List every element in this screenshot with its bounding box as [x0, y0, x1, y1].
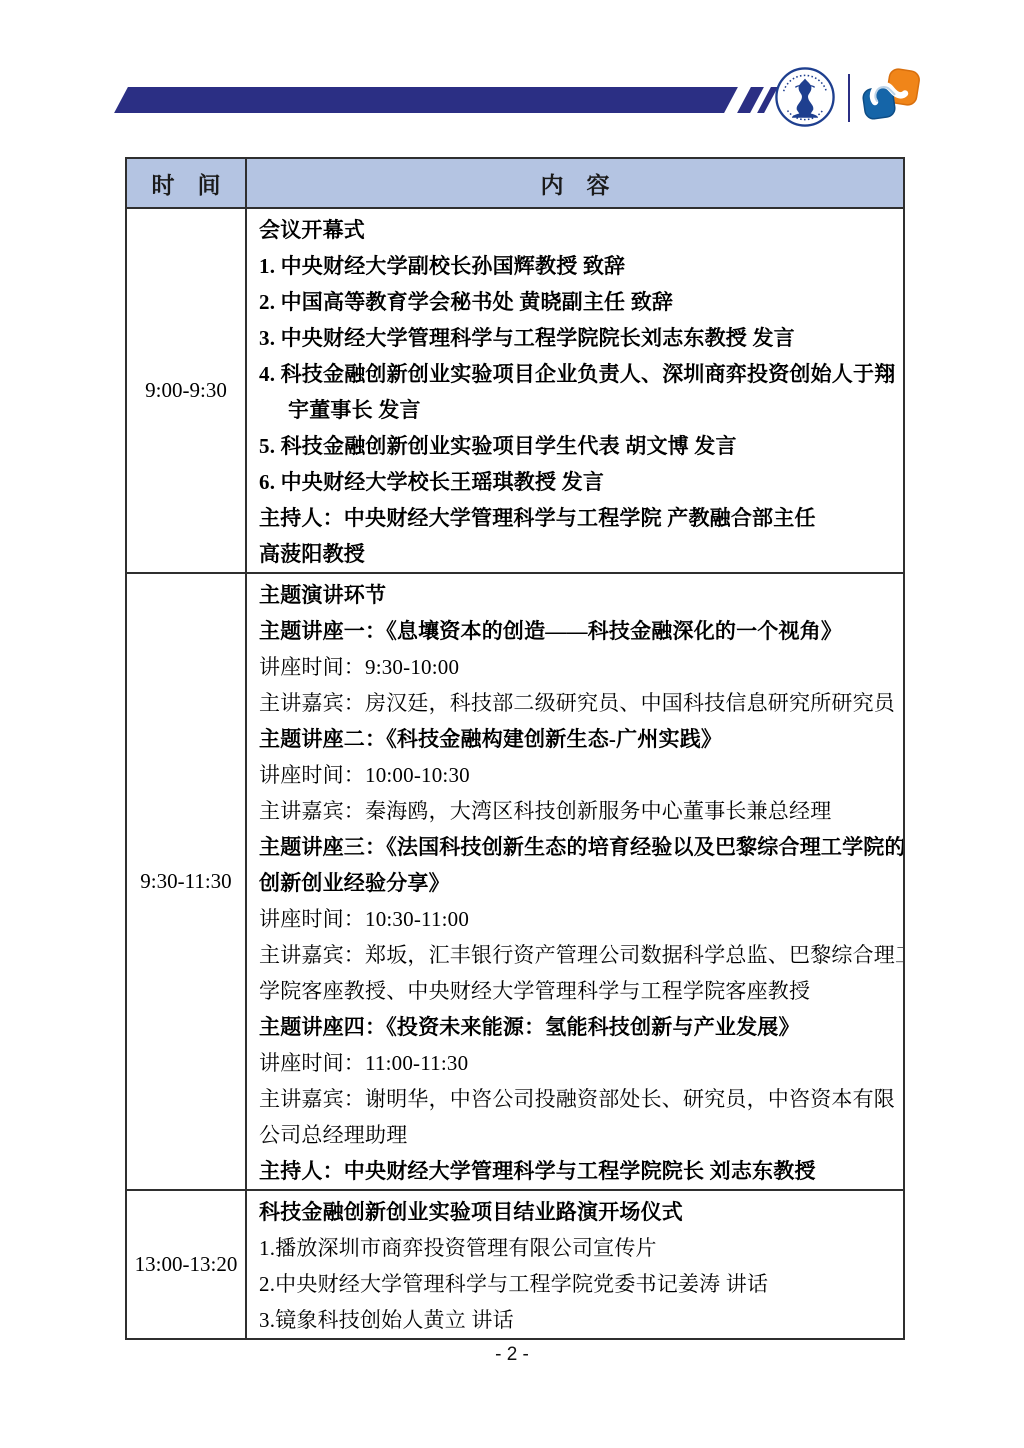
program-logo-icon — [858, 62, 922, 131]
university-seal-icon — [774, 66, 836, 133]
schedule-line: 主讲嘉宾：房汉廷，科技部二级研究员、中国科技信息研究所研究员 — [259, 685, 895, 721]
schedule-line: 讲座时间：10:30-11:00 — [259, 901, 895, 937]
schedule-line: 3. 中央财经大学管理科学与工程学院院长刘志东教授 发言 — [259, 320, 895, 356]
schedule-line: 4. 科技金融创新创业实验项目企业负责人、深圳商弈投资创始人于翔 — [259, 356, 895, 392]
document-page: 时 间 内 容 9:00-9:30会议开幕式1. 中央财经大学副校长孙国辉教授 … — [0, 0, 1024, 1448]
content-cell: 主题演讲环节主题讲座一：《息壤资本的创造——科技金融深化的一个视角》讲座时间：9… — [246, 573, 904, 1190]
schedule-line: 主题演讲环节 — [259, 577, 895, 613]
schedule-line: 1.播放深圳市商弈投资管理有限公司宣传片 — [259, 1230, 895, 1266]
schedule-line: 科技金融创新创业实验项目结业路演开场仪式 — [259, 1194, 895, 1230]
logo-divider — [848, 74, 850, 122]
schedule-table: 时 间 内 容 9:00-9:30会议开幕式1. 中央财经大学副校长孙国辉教授 … — [125, 157, 905, 1340]
schedule-line: 主题讲座三：《法国科技创新生态的培育经验以及巴黎综合理工学院的 — [259, 829, 895, 865]
schedule-line: 5. 科技金融创新创业实验项目学生代表 胡文博 发言 — [259, 428, 895, 464]
table-row: 13:00-13:20科技金融创新创业实验项目结业路演开场仪式1.播放深圳市商弈… — [126, 1190, 904, 1339]
schedule-body: 9:00-9:30会议开幕式1. 中央财经大学副校长孙国辉教授 致辞2. 中国高… — [126, 208, 904, 1339]
schedule-line: 公司总经理助理 — [259, 1117, 895, 1153]
schedule-line: 主讲嘉宾：郑坂，汇丰银行资产管理公司数据科学总监、巴黎综合理工 — [259, 937, 895, 973]
schedule-line: 3.镜象科技创始人黄立 讲话 — [259, 1302, 895, 1338]
schedule-line: 主持人：中央财经大学管理科学与工程学院 产教融合部主任 — [259, 500, 895, 536]
schedule-line: 高菠阳教授 — [259, 536, 895, 572]
content-column-header: 内 容 — [246, 158, 904, 208]
table-row: 9:00-9:30会议开幕式1. 中央财经大学副校长孙国辉教授 致辞2. 中国高… — [126, 208, 904, 573]
table-header-row: 时 间 内 容 — [126, 158, 904, 208]
schedule-line: 讲座时间：10:00-10:30 — [259, 757, 895, 793]
schedule-line: 主题讲座二：《科技金融构建创新生态-广州实践》 — [259, 721, 895, 757]
content-cell: 科技金融创新创业实验项目结业路演开场仪式1.播放深圳市商弈投资管理有限公司宣传片… — [246, 1190, 904, 1339]
schedule-line: 宇董事长 发言 — [259, 392, 895, 428]
schedule-line: 主讲嘉宾：谢明华，中咨公司投融资部处长、研究员，中咨资本有限 — [259, 1081, 895, 1117]
content-cell: 会议开幕式1. 中央财经大学副校长孙国辉教授 致辞2. 中国高等教育学会秘书处 … — [246, 208, 904, 573]
page-number: - 2 - — [0, 1344, 1024, 1366]
time-cell: 9:00-9:30 — [126, 208, 246, 573]
time-cell: 9:30-11:30 — [126, 573, 246, 1190]
time-cell: 13:00-13:20 — [126, 1190, 246, 1339]
header-banner-bar — [114, 87, 738, 113]
schedule-line: 创新创业经验分享》 — [259, 865, 895, 901]
schedule-line: 讲座时间：11:00-11:30 — [259, 1045, 895, 1081]
schedule-line: 主题讲座四：《投资未来能源：氢能科技创新与产业发展》 — [259, 1009, 895, 1045]
schedule-line: 讲座时间：9:30-10:00 — [259, 649, 895, 685]
time-column-header: 时 间 — [126, 158, 246, 208]
schedule-line: 会议开幕式 — [259, 212, 895, 248]
schedule-line: 6. 中央财经大学校长王瑶琪教授 发言 — [259, 464, 895, 500]
schedule-line: 2.中央财经大学管理科学与工程学院党委书记姜涛 讲话 — [259, 1266, 895, 1302]
schedule-line: 主持人：中央财经大学管理科学与工程学院院长 刘志东教授 — [259, 1153, 895, 1189]
schedule-line: 主题讲座一：《息壤资本的创造——科技金融深化的一个视角》 — [259, 613, 895, 649]
schedule-line: 2. 中国高等教育学会秘书处 黄晓副主任 致辞 — [259, 284, 895, 320]
schedule-line: 学院客座教授、中央财经大学管理科学与工程学院客座教授 — [259, 973, 895, 1009]
schedule-line: 主讲嘉宾：秦海鸥，大湾区科技创新服务中心董事长兼总经理 — [259, 793, 895, 829]
schedule-line: 1. 中央财经大学副校长孙国辉教授 致辞 — [259, 248, 895, 284]
table-row: 9:30-11:30主题演讲环节主题讲座一：《息壤资本的创造——科技金融深化的一… — [126, 573, 904, 1190]
